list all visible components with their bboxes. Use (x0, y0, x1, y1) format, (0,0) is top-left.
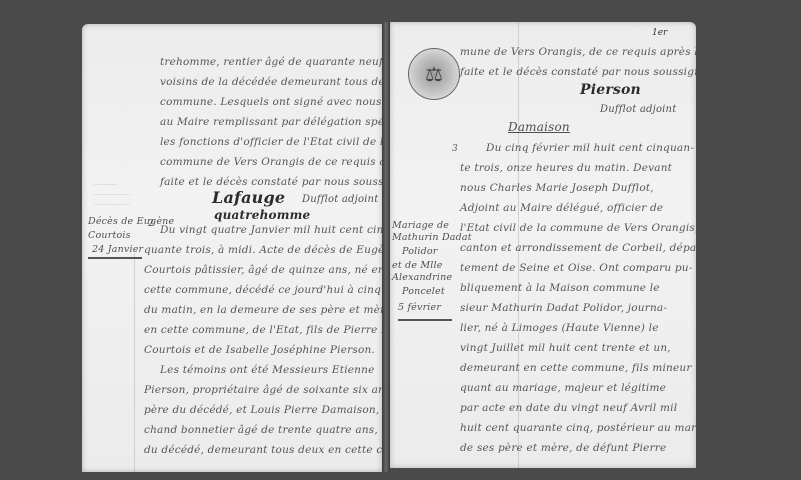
text-line: mune de Vers Orangis, de ce requis après… (460, 46, 696, 58)
text-line: par acte en date du vingt neuf Avril mil (460, 402, 677, 414)
text-line: quant au mariage, majeur et légitime (460, 382, 666, 394)
text-line: du décédé, demeurant tous deux en cette … (144, 444, 382, 456)
text-line: père du décédé, et Louis Pierre Damaison… (144, 404, 382, 416)
margin-underline (88, 257, 142, 259)
text-line: commune de Vers Orangis de ce requis apr… (160, 156, 382, 168)
text-line: faite et le décès constaté par nous sous… (460, 66, 696, 78)
text-line: en cette commune, de l'Etat, fils de Pie… (144, 324, 382, 336)
left-page: trehomme, rentier âgé de quarante neuf a… (82, 24, 382, 472)
text-line: Pierson, propriétaire âgé de soixante si… (144, 384, 382, 396)
text-line: vingt Juillet mil huit cent trente et un… (460, 342, 671, 354)
act-number: 2 (148, 219, 154, 229)
text-line: cette commune, décédé ce jourd'hui à cin… (144, 284, 382, 296)
text-line: Courtois et de Isabelle Joséphine Pierso… (144, 344, 375, 356)
text-line: demeurant en cette commune, fils mineur (460, 362, 692, 374)
faint-print: ············ (94, 182, 117, 189)
text-line: du matin, en la demeure de ses père et m… (144, 304, 382, 316)
signature: Pierson (580, 82, 641, 98)
text-line: les fonctions d'officier de l'Etat civil… (160, 136, 382, 148)
margin-underline (398, 319, 452, 321)
faint-print: ··················· (94, 192, 130, 199)
text-line: trehomme, rentier âgé de quarante neuf a… (160, 56, 382, 68)
signature: Dufflot adjoint (302, 194, 378, 205)
text-line: l'Etat civil de la commune de Vers Orang… (460, 222, 696, 234)
margin-note: Mariage de (392, 220, 449, 231)
text-line: de ses père et mère, de défunt Pierre (460, 442, 666, 454)
folio-number: 1er (652, 28, 667, 38)
text-line: au Maire remplissant par délégation spéc… (160, 116, 382, 128)
text-line: nous Charles Marie Joseph Dufflot, (460, 182, 654, 194)
text-line: Les témoins ont été Messieurs Etienne (160, 364, 375, 376)
margin-note: 5 février (398, 302, 441, 313)
text-line: lier, né à Limoges (Haute Vienne) le (460, 322, 659, 334)
faint-print: ··················· (94, 202, 130, 209)
margin-note: Mathurin Dadat (392, 232, 472, 243)
text-line: faite et le décès constaté par nous sous… (160, 176, 382, 188)
margin-note: Courtois (88, 230, 131, 241)
tax-stamp-seal: ⚖ (408, 48, 460, 100)
text-line: te trois, onze heures du matin. Devant (460, 162, 672, 174)
text-line: Du cinq février mil huit cent cinquan- (486, 142, 694, 154)
text-line: chand bonnetier âgé de trente quatre ans… (144, 424, 382, 436)
text-line: Courtois pâtissier, âgé de quinze ans, n… (144, 264, 382, 276)
text-line: canton et arrondissement de Corbeil, dép… (460, 242, 696, 254)
text-line: voisins de la décédée demeurant tous deu… (160, 76, 382, 88)
signature: quatrehomme (214, 208, 310, 222)
right-page: 1er ⚖ mune de Vers Orangis, de ce requis… (390, 22, 696, 468)
act-heading: Damaison (508, 120, 570, 134)
act-number: 3 (452, 144, 458, 154)
text-line: Du vingt quatre Janvier mil huit cent ci… (160, 224, 382, 236)
margin-note: 24 Janvier (92, 244, 143, 255)
text-line: tement de Seine et Oise. Ont comparu pu- (460, 262, 693, 274)
book-gutter (382, 22, 390, 472)
signature: Dufflot adjoint (600, 104, 676, 115)
text-line: sieur Mathurin Dadat Polidor, journa- (460, 302, 667, 314)
text-line: huit cent quarante cinq, postérieur au m… (460, 422, 696, 434)
text-line: Adjoint au Maire délégué, officier de (460, 202, 663, 214)
text-line: bliquement à la Maison commune le (460, 282, 660, 294)
signature: Lafauge (212, 188, 285, 207)
margin-note: Alexandrine (392, 272, 452, 283)
margin-note: Polidor (402, 246, 438, 257)
margin-rule (134, 254, 135, 472)
seal-figure-icon: ⚖ (425, 62, 443, 86)
text-line: commune. Lesquels ont signé avec nous Ad… (160, 96, 382, 108)
margin-note: et de Mlle (392, 260, 443, 271)
margin-note: Poncelet (402, 286, 445, 297)
text-line: quante trois, à midi. Acte de décès de E… (144, 244, 382, 256)
